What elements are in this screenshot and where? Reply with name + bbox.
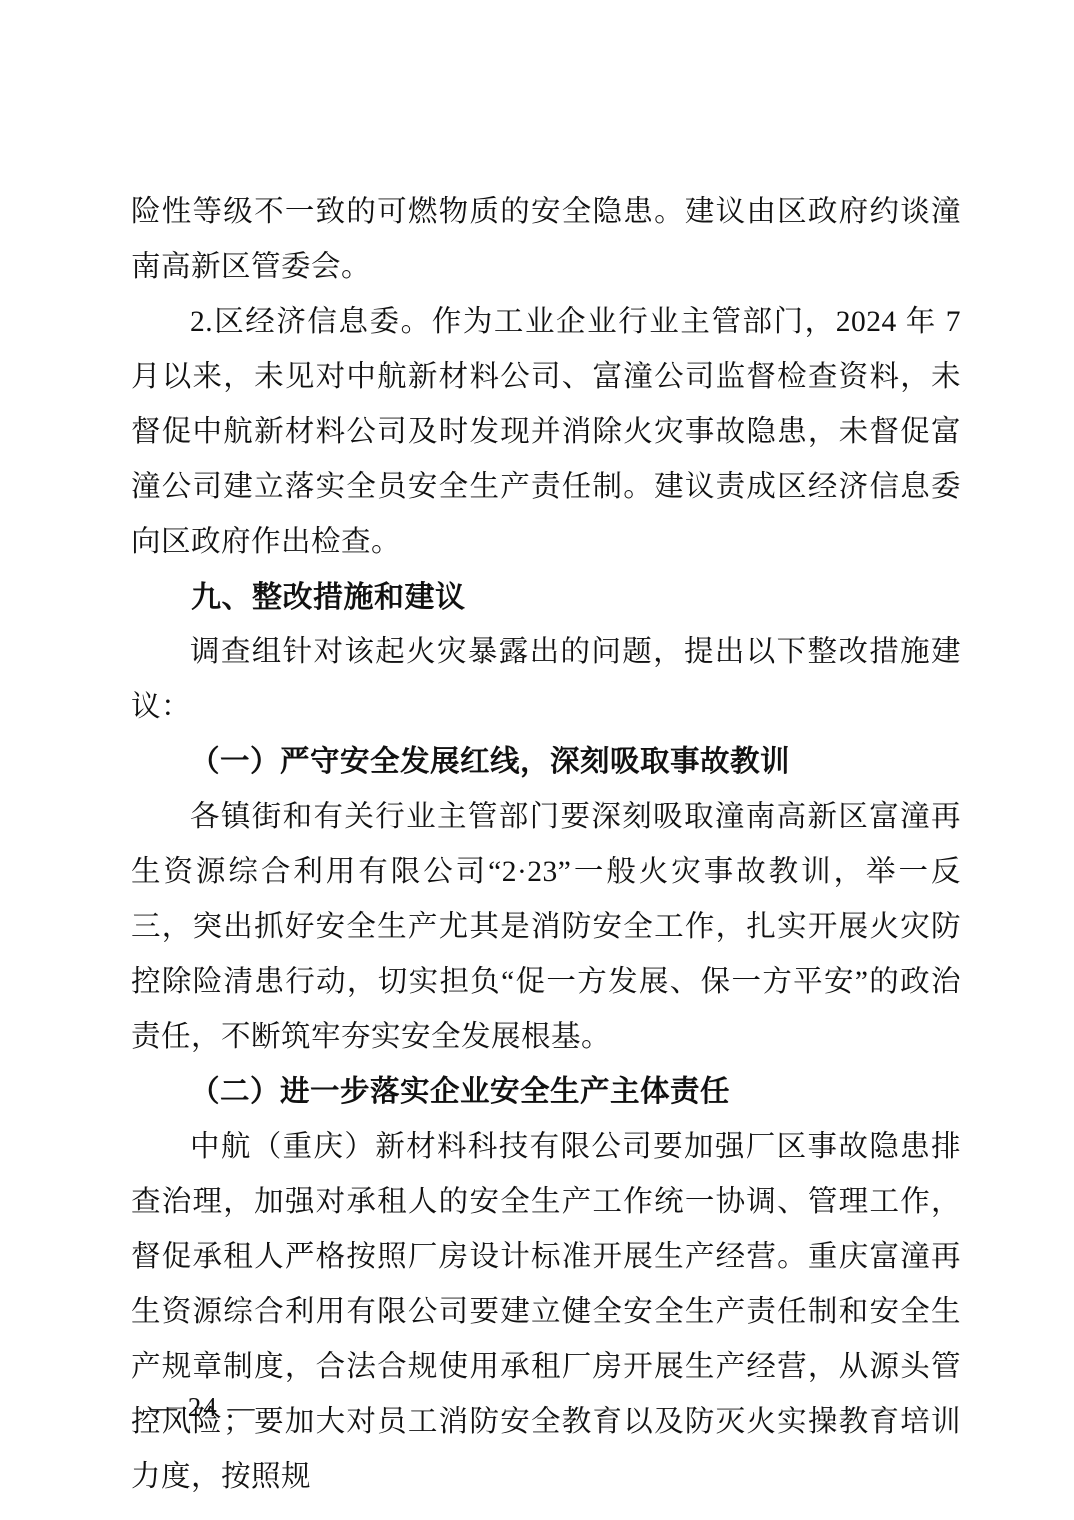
document-body: 险性等级不一致的可燃物质的安全隐患。建议由区政府约谈潼南高新区管委会。 2.区经…: [131, 185, 961, 1505]
paragraph-continuation: 险性等级不一致的可燃物质的安全隐患。建议由区政府约谈潼南高新区管委会。: [131, 185, 961, 295]
section-heading-nine: 九、整改措施和建议: [131, 570, 961, 625]
subsection-heading-one: （一）严守安全发展红线，深刻吸取事故教训: [131, 735, 961, 790]
paragraph-safety-red-line: 各镇街和有关行业主管部门要深刻吸取潼南高新区富潼再生资源综合利用有限公司“2·2…: [131, 790, 961, 1065]
paragraph-enterprise-responsibility: 中航（重庆）新材料科技有限公司要加强厂区事故隐患排查治理，加强对承租人的安全生产…: [131, 1120, 961, 1505]
document-page: 险性等级不一致的可燃物质的安全隐患。建议由区政府约谈潼南高新区管委会。 2.区经…: [0, 0, 1074, 1520]
paragraph-district-economy-committee: 2.区经济信息委。作为工业企业行业主管部门，2024 年 7 月以来，未见对中航…: [131, 295, 961, 570]
paragraph-rectification-intro: 调查组针对该起火灾暴露出的问题，提出以下整改措施建议：: [131, 625, 961, 735]
subsection-heading-two: （二）进一步落实企业安全生产主体责任: [131, 1065, 961, 1120]
page-number: — 24 —: [150, 1392, 257, 1423]
